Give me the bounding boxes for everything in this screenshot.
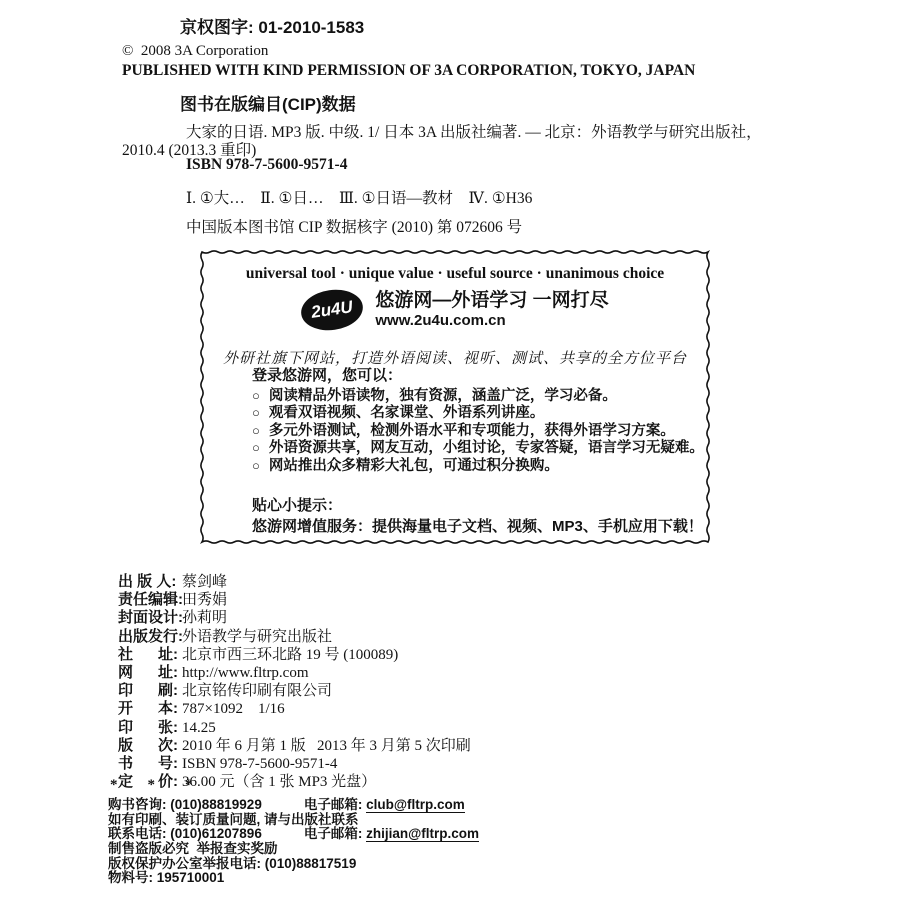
circle-bullet-icon: ○: [252, 405, 260, 420]
license-number: 京权图字: 01-2010-1583: [180, 13, 364, 38]
benefit-item: ○ 观看双语视频、名家课堂、外语系列讲座。: [252, 401, 704, 418]
benefits-list: ○ 阅读精品外语读物，独有资源，涵盖广泛，学习必备。 ○ 观看双语视频、名家课堂…: [252, 384, 704, 471]
pub-value: 北京铭传印刷有限公司: [182, 679, 332, 700]
tip-text: 悠游网增值服务：提供海量电子文档、视频、MP3、手机应用下载！: [252, 515, 703, 536]
purchase-line: 购书咨询: (010)88819929 电子邮箱: club@fltrp.com: [108, 793, 479, 808]
pub-row: 出版发行:外语教学与研究出版社: [118, 625, 471, 643]
pub-row: 印 刷:北京铭传印刷有限公司: [118, 679, 471, 697]
cip-isbn: ISBN 978-7-5600-9571-4: [186, 156, 347, 174]
benefit-item: ○ 阅读精品外语读物，独有资源，涵盖广泛，学习必备。: [252, 384, 704, 401]
site-url: www.2u4u.com.cn: [375, 312, 608, 330]
pub-row: 版 次:2010 年 6 月第 1 版 2013 年 3 月第 5 次印刷: [118, 734, 471, 752]
circle-bullet-icon: ○: [252, 388, 260, 403]
pub-value: 北京市西三环北路 19 号 (100089): [182, 643, 398, 664]
cip-heading: 图书在版编目(CIP)数据: [180, 90, 356, 115]
promo-slogan: universal tool · unique value · useful s…: [199, 265, 711, 283]
copyright-line: © 2008 3A Corporation: [122, 43, 268, 60]
circle-bullet-icon: ○: [252, 423, 260, 438]
pub-row: 社 址:北京市西三环北路 19 号 (100089): [118, 643, 471, 661]
logo-row: 2u4U 悠游网—外语学习 一网打尽 www.2u4u.com.cn: [199, 289, 711, 330]
cip-record-number: 中国版本图书馆 CIP 数据核字 (2010) 第 072606 号: [186, 215, 522, 237]
cip-title-line1: 大家的日语. MP3 版. 中级. 1/ 日本 3A 出版社编著. — 北京：外…: [186, 120, 762, 142]
pub-row: 封面设计:孙莉明: [118, 606, 471, 624]
club-email: club@fltrp.com: [366, 797, 465, 813]
pub-value: 787×1092 1/16: [182, 701, 285, 718]
benefit-item: ○ 多元外语测试，检测外语水平和专项能力，获得外语学习方案。: [252, 419, 704, 436]
pub-row: 责任编辑:田秀娟: [118, 588, 471, 606]
circle-bullet-icon: ○: [252, 458, 260, 473]
pub-value: 36.00 元（含 1 张 MP3 光盘）: [182, 770, 376, 791]
colophon-page: 京权图字: 01-2010-1583 © 2008 3A Corporation…: [0, 0, 900, 900]
contact-block: 购书咨询: (010)88819929 电子邮箱: club@fltrp.com…: [108, 793, 479, 881]
pub-row: 印 张:14.25: [118, 716, 471, 734]
benefits-heading: 登录悠游网，您可以：: [252, 364, 402, 385]
promo-box: universal tool · unique value · useful s…: [199, 249, 711, 545]
tip-heading: 贴心小提示：: [252, 494, 342, 515]
cip-classification: Ⅰ. ①大… Ⅱ. ①日… Ⅲ. ①日语—教材 Ⅳ. ①H36: [186, 186, 532, 208]
asterisk-separator: * * *: [110, 777, 193, 794]
benefit-item: ○ 外语资源共享，网友互动，小组讨论，专家答疑，语言学习无疑难。: [252, 436, 704, 453]
report-phone-line: 版权保护办公室举报电话: (010)88817519: [108, 852, 479, 867]
benefit-text: 网站推出众多精彩大礼包，可通过积分换购。: [269, 454, 559, 475]
circle-bullet-icon: ○: [252, 440, 260, 455]
permission-line: PUBLISHED WITH KIND PERMISSION OF 3A COR…: [122, 62, 695, 80]
pub-value: 2010 年 6 月第 1 版 2013 年 3 月第 5 次印刷: [182, 734, 471, 755]
zhijian-email: zhijian@fltrp.com: [366, 826, 479, 842]
pub-row: 出 版 人:蔡剑峰: [118, 570, 471, 588]
2u4u-logo-icon: 2u4U: [299, 285, 366, 333]
publication-info: 出 版 人:蔡剑峰 责任编辑:田秀娟 封面设计:孙莉明 出版发行:外语教学与研究…: [118, 570, 471, 788]
site-title: 悠游网—外语学习 一网打尽: [375, 289, 608, 312]
email-label: 电子邮箱:: [304, 822, 366, 842]
